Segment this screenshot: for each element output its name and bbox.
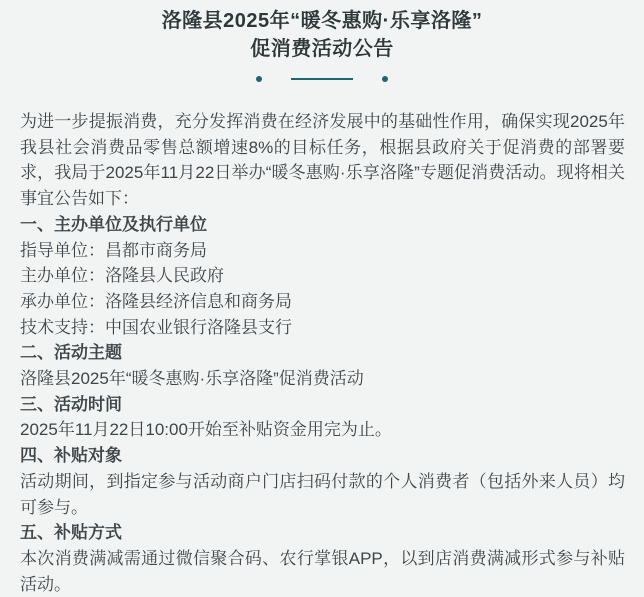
divider-line (291, 78, 353, 80)
announcement-header: 洛隆县2025年“暖冬惠购·乐享洛隆” 促消费活动公告 (0, 0, 644, 63)
time-text: 2025年11月22日10:00开始至补贴资金用完为止。 (20, 417, 625, 443)
announcement-page: 洛隆县2025年“暖冬惠购·乐享洛隆” 促消费活动公告 为进一步提振消费，充分发… (0, 0, 644, 597)
title-divider (0, 76, 644, 82)
subsidy-target-text: 活动期间，到指定参与活动商户门店扫码付款的个人消费者（包括外来人员）均可参与。 (20, 469, 625, 520)
section-heading-organizers: 一、主办单位及执行单位 (20, 212, 625, 238)
divider-dot-left (256, 76, 262, 82)
announcement-body: 为进一步提振消费，充分发挥消费在经济发展中的基础性作用，确保实现2025年我县社… (0, 109, 644, 597)
section-heading-theme: 二、活动主题 (20, 340, 625, 366)
page-title-line-1: 洛隆县2025年“暖冬惠购·乐享洛隆” (0, 7, 644, 35)
page-title-line-2: 促消费活动公告 (0, 35, 644, 63)
subsidy-method-text: 本次消费满减需通过微信聚合码、农行掌银APP，以到店消费满减形式参与补贴活动。 (20, 546, 625, 597)
section-heading-subsidy-method: 五、补贴方式 (20, 520, 625, 546)
organizer-line-host: 主办单位：洛隆县人民政府 (20, 263, 625, 289)
organizer-line-undertaker: 承办单位：洛隆县经济信息和商务局 (20, 289, 625, 315)
organizer-line-guidance: 指导单位：昌都市商务局 (20, 238, 625, 264)
organizer-line-tech-support: 技术支持：中国农业银行洛隆县支行 (20, 315, 625, 341)
divider-dot-right (382, 76, 388, 82)
intro-paragraph: 为进一步提振消费，充分发挥消费在经济发展中的基础性作用，确保实现2025年我县社… (20, 109, 625, 212)
section-heading-subsidy-target: 四、补贴对象 (20, 443, 625, 469)
theme-text: 洛隆县2025年“暖冬惠购·乐享洛隆”促消费活动 (20, 366, 625, 392)
section-heading-time: 三、活动时间 (20, 392, 625, 418)
